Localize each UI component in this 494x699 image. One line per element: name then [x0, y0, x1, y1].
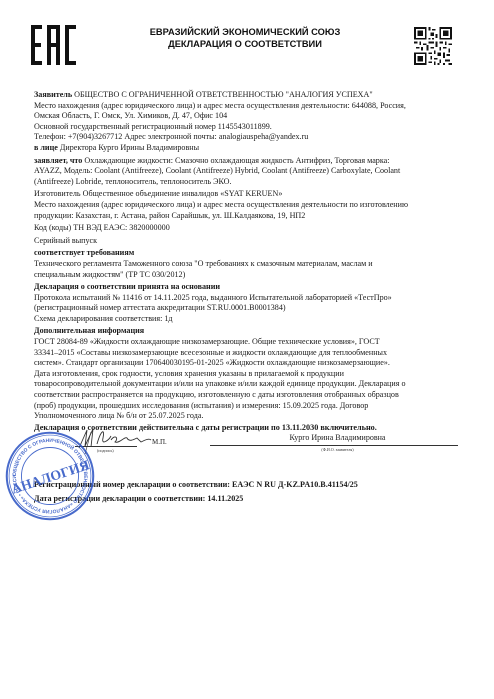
signatory-name: Курго Ирина Владимировна [210, 433, 465, 442]
fio-line [210, 445, 458, 446]
additional-info-label: Дополнительная информация [34, 326, 464, 337]
applicant-name: ОБЩЕСТВО С ОГРАНИЧЕННОЙ ОТВЕТСТВЕННОСТЬЮ… [72, 90, 373, 99]
manufacturer-address-1: Место нахождения (адрес юридического лиц… [34, 200, 464, 211]
applicant-line: Заявитель ОБЩЕСТВО С ОГРАНИЧЕННОЙ ОТВЕТС… [34, 90, 464, 101]
manufacturer-name: Изготовитель Общественное объединение ин… [34, 189, 464, 200]
eac-logo-icon [31, 25, 77, 65]
header-titles: ЕВРАЗИЙСКИЙ ЭКОНОМИЧЕСКИЙ СОЮЗ ДЕКЛАРАЦИ… [120, 27, 370, 50]
applicant-representative: в лице Директора Курго Ирины Владимировн… [34, 143, 464, 154]
company-stamp-icon: ОБЩЕСТВО С ОГРАНИЧЕННОЙ ОТВЕТСТВЕННОСТЬЮ… [4, 430, 96, 522]
applicant-label: Заявитель [34, 90, 72, 99]
seal-place-label: М.П. [152, 438, 167, 446]
union-title: ЕВРАЗИЙСКИЙ ЭКОНОМИЧЕСКИЙ СОЮЗ [120, 27, 370, 39]
basis-label: Декларация о соответствии принята на осн… [34, 282, 464, 293]
basis-text-1: Протокола испытаний № 11416 от 14.11.202… [34, 293, 464, 304]
fio-caption: (Ф.И.О. заявителя) [210, 447, 465, 452]
document-title: ДЕКЛАРАЦИЯ О СООТВЕТСТВИИ [120, 39, 370, 51]
additional-info-line: Дата изготовления, срок годности, услови… [34, 369, 464, 380]
applicant-address-1: Место нахождения (адрес юридического лиц… [34, 101, 464, 112]
declaration-page: ЕВРАЗИЙСКИЙ ЭКОНОМИЧЕСКИЙ СОЮЗ ДЕКЛАРАЦИ… [0, 0, 494, 699]
applicant-ogrn: Основной государственный регистрационный… [34, 122, 464, 133]
applicant-address-2: Омская Область, Г. Омск, Ул. Химиков, Д.… [34, 111, 464, 122]
declares-label: заявляет, что [34, 156, 82, 165]
applicant-contacts: Телефон: +7(904)3267712 Адрес электронно… [34, 132, 464, 143]
compliance-text-1: Технического регламента Таможенного союз… [34, 259, 464, 270]
additional-info-line: 33341–2015 «Составы низкозамерзающие все… [34, 348, 464, 359]
basis-text-2: (регистрационный номер аттестата аккреди… [34, 303, 464, 314]
declaration-body: Заявитель ОБЩЕСТВО С ОГРАНИЧЕННОЙ ОТВЕТС… [34, 90, 464, 422]
additional-info-line: ГОСТ 28084-89 «Жидкости охлаждающие низк… [34, 337, 464, 348]
manufacturer-address-2: продукции: Казахстан, г. Астана, район С… [34, 211, 464, 222]
compliance-label: соответствует требованиям [34, 248, 464, 259]
additional-info-line: систем». Стандарт организации 1706400301… [34, 358, 464, 369]
release-type: Серийный выпуск [34, 236, 464, 247]
document-header: ЕВРАЗИЙСКИЙ ЭКОНОМИЧЕСКИЙ СОЮЗ ДЕКЛАРАЦИ… [0, 0, 494, 80]
signature-caption: (подпись) [97, 448, 114, 453]
qr-code-icon [414, 27, 452, 65]
additional-info-line: соответствии распространяется на продукц… [34, 390, 464, 401]
declaration-scheme: Схема декларирования соответствия: 1д [34, 314, 464, 325]
tn-ved-code: Код (коды) ТН ВЭД ЕАЭС: 3820000000 [34, 223, 464, 234]
representative-name: Директора Курго Ирины Владимировны [58, 143, 199, 152]
product-text-1: Охлаждающие жидкости: Смазочно охлаждающ… [82, 156, 389, 165]
representative-label: в лице [34, 143, 58, 152]
product-text-2: AYAZZ, Модель: Coolant (Antifreeze), Coo… [34, 166, 464, 177]
declares-line-1: заявляет, что Охлаждающие жидкости: Смаз… [34, 156, 464, 167]
additional-info-line: Уполномоченного лица № б/н от 25.07.2025… [34, 411, 464, 422]
additional-info-line: товаросопроводительной документации и/ил… [34, 379, 464, 390]
product-text-3: (Antifreeze) Lobride, теплоноситель, теп… [34, 177, 464, 188]
additional-info-line: (проб) продукции, прошедших исследования… [34, 401, 464, 412]
compliance-text-2: специальным жидкостям" (ТР ТС 030/2012) [34, 270, 464, 281]
